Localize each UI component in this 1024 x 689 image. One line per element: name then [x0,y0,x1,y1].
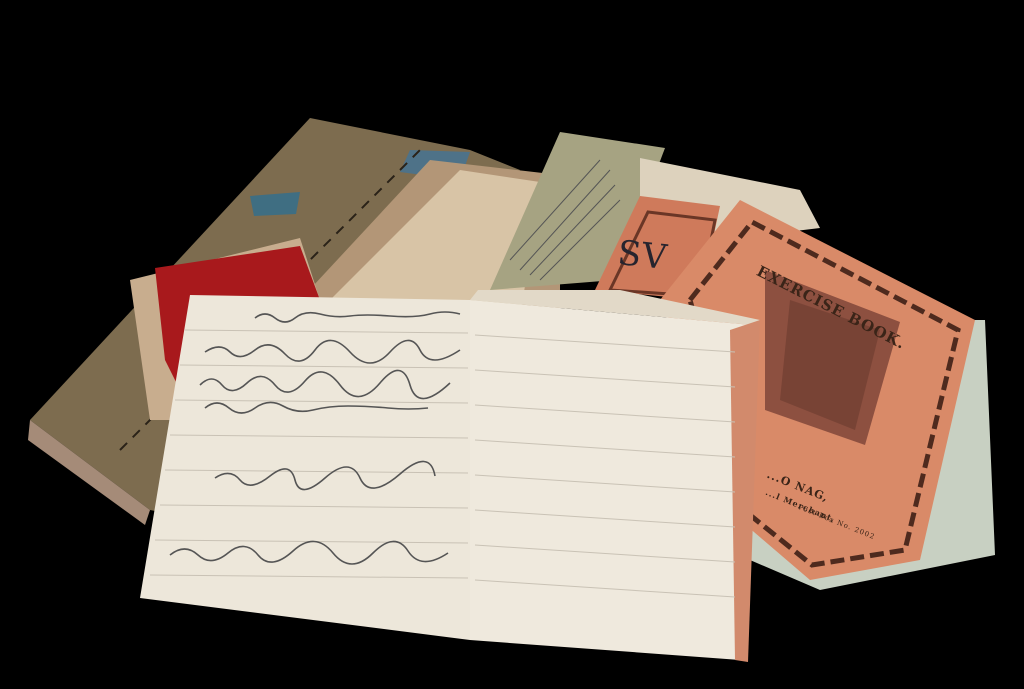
sv-cover-title: SV [616,233,670,278]
open-notebook [140,290,760,662]
notebooks-photo [0,0,1024,689]
